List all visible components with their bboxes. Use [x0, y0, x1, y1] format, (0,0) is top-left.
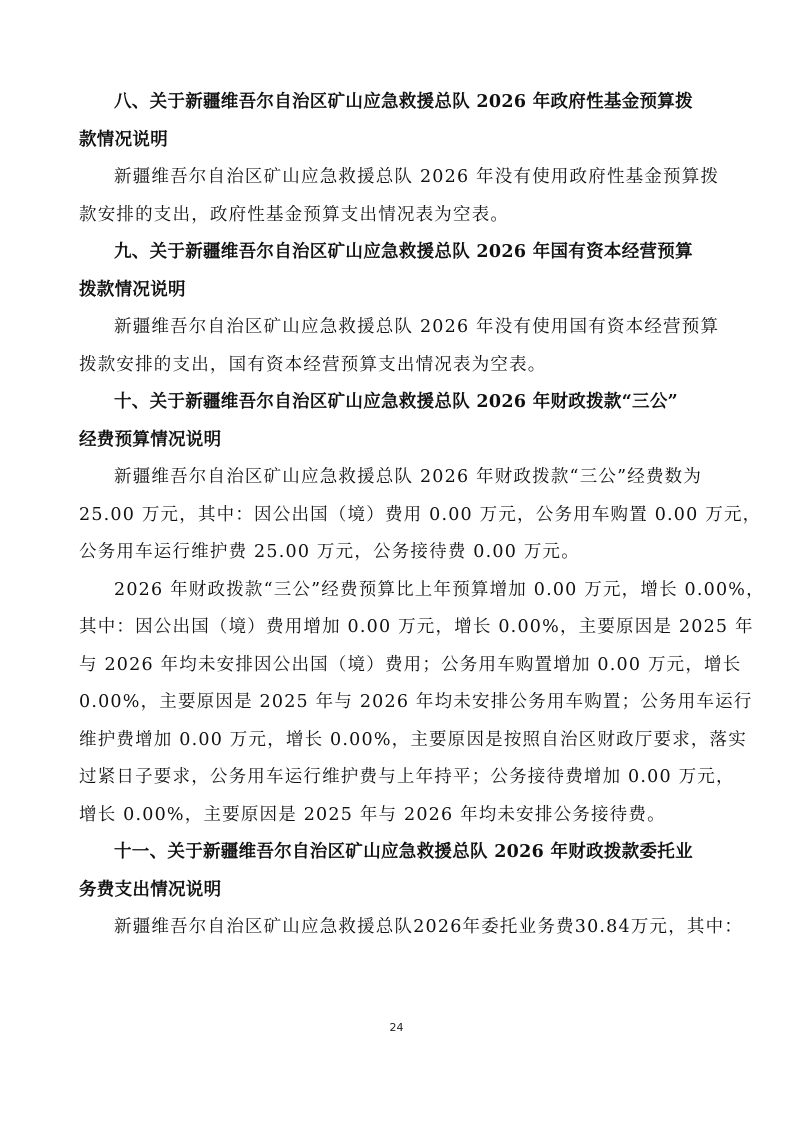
section-heading: 十、关于新疆维吾尔自治区矿山应急救援总队 2026 年财政拨款“三公” 经费预算… [114, 384, 706, 459]
paragraph-line: 新疆维吾尔自治区矿山应急救援总队 2026 年没有使用政府性基金预算拨 [114, 159, 706, 197]
page-number: 24 [0, 1021, 793, 1034]
paragraph-line: 25.00 万元，其中：因公出国（境）费用 0.00 万元，公务用车购置 0.0… [79, 497, 706, 535]
paragraph-line: 维护费增加 0.00 万元，增长 0.00%，主要原因是按照自治区财政厅要求，落… [79, 722, 706, 760]
paragraph-line: 其中：因公出国（境）费用增加 0.00 万元，增长 0.00%，主要原因是 20… [79, 609, 706, 647]
paragraph-line: 新疆维吾尔自治区矿山应急救援总队2026年委托业务费30.84万元，其中： [114, 909, 706, 947]
heading-line: 款情况说明 [79, 122, 706, 160]
paragraph-line: 0.00%，主要原因是 2025 年与 2026 年均未安排公务用车购置；公务用… [79, 684, 706, 722]
heading-line: 八、关于新疆维吾尔自治区矿山应急救援总队 2026 年政府性基金预算拨 [114, 84, 706, 122]
paragraph-line: 新疆维吾尔自治区矿山应急救援总队 2026 年没有使用国有资本经营预算 [114, 309, 706, 347]
paragraph-line: 新疆维吾尔自治区矿山应急救援总队 2026 年财政拨款“三公”经费数为 [114, 459, 706, 497]
body-paragraph: 新疆维吾尔自治区矿山应急救援总队 2026 年没有使用国有资本经营预算 拨款安排… [114, 309, 706, 384]
section-9: 九、关于新疆维吾尔自治区矿山应急救援总队 2026 年国有资本经营预算 拨款情况… [114, 234, 706, 384]
paragraph-line: 增长 0.00%，主要原因是 2025 年与 2026 年均未安排公务接待费。 [79, 797, 706, 835]
paragraph-line: 公务用车运行维护费 25.00 万元，公务接待费 0.00 万元。 [79, 534, 706, 572]
paragraph-line: 与 2026 年均未安排因公出国（境）费用；公务用车购置增加 0.00 万元，增… [79, 647, 706, 685]
document-page: 八、关于新疆维吾尔自治区矿山应急救援总队 2026 年政府性基金预算拨 款情况说… [114, 84, 706, 947]
heading-line: 十、关于新疆维吾尔自治区矿山应急救援总队 2026 年财政拨款“三公” [114, 384, 706, 422]
body-paragraph: 2026 年财政拨款“三公”经费预算比上年预算增加 0.00 万元，增长 0.0… [114, 572, 706, 835]
heading-line: 十一、关于新疆维吾尔自治区矿山应急救援总队 2026 年财政拨款委托业 [114, 834, 706, 872]
body-paragraph: 新疆维吾尔自治区矿山应急救援总队2026年委托业务费30.84万元，其中： [114, 909, 706, 947]
section-8: 八、关于新疆维吾尔自治区矿山应急救援总队 2026 年政府性基金预算拨 款情况说… [114, 84, 706, 234]
heading-line: 拨款情况说明 [79, 272, 706, 310]
body-paragraph: 新疆维吾尔自治区矿山应急救援总队 2026 年没有使用政府性基金预算拨 款安排的… [114, 159, 706, 234]
heading-line: 九、关于新疆维吾尔自治区矿山应急救援总队 2026 年国有资本经营预算 [114, 234, 706, 272]
paragraph-line: 款安排的支出，政府性基金预算支出情况表为空表。 [79, 197, 706, 235]
paragraph-line: 拨款安排的支出，国有资本经营预算支出情况表为空表。 [79, 347, 706, 385]
section-10: 十、关于新疆维吾尔自治区矿山应急救援总队 2026 年财政拨款“三公” 经费预算… [114, 384, 706, 834]
paragraph-line: 过紧日子要求，公务用车运行维护费与上年持平；公务接待费增加 0.00 万元， [79, 759, 706, 797]
section-heading: 八、关于新疆维吾尔自治区矿山应急救援总队 2026 年政府性基金预算拨 款情况说… [114, 84, 706, 159]
section-heading: 九、关于新疆维吾尔自治区矿山应急救援总队 2026 年国有资本经营预算 拨款情况… [114, 234, 706, 309]
body-paragraph: 新疆维吾尔自治区矿山应急救援总队 2026 年财政拨款“三公”经费数为 25.0… [114, 459, 706, 572]
heading-line: 经费预算情况说明 [79, 422, 706, 460]
paragraph-line: 2026 年财政拨款“三公”经费预算比上年预算增加 0.00 万元，增长 0.0… [114, 572, 706, 610]
heading-line: 务费支出情况说明 [79, 872, 706, 910]
section-heading: 十一、关于新疆维吾尔自治区矿山应急救援总队 2026 年财政拨款委托业 务费支出… [114, 834, 706, 909]
section-11: 十一、关于新疆维吾尔自治区矿山应急救援总队 2026 年财政拨款委托业 务费支出… [114, 834, 706, 947]
